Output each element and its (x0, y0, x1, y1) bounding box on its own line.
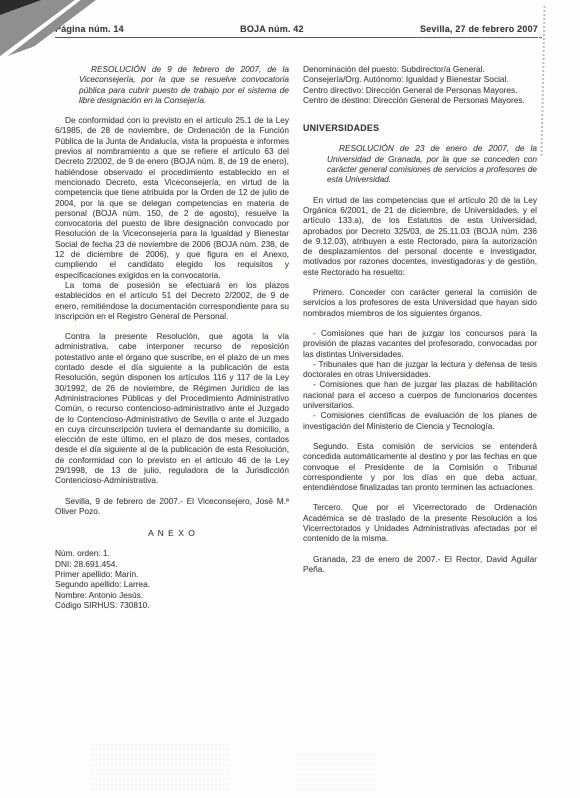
annex-heading: A N E X O (55, 528, 289, 538)
body-paragraph: Segundo. Esta comisión de servicios se e… (303, 441, 537, 492)
annex-line: Nombre: Antonio Jesús. (55, 590, 289, 600)
bulletin-number-label: BOJA núm. 42 (240, 24, 304, 34)
issue-date-label: Sevilla, 27 de febrero 2007 (420, 24, 538, 34)
left-column: RESOLUCIÓN de 9 de febrero de 2007, de l… (55, 64, 289, 610)
body-paragraph: Tercero. Que por el Vicerrectorado de Or… (303, 502, 537, 543)
page-number-label: Página núm. 14 (55, 24, 124, 34)
annex-line: Primer apellido: Marín. (55, 569, 289, 579)
annex-line: Segundo apellido: Larrea. (55, 579, 289, 589)
scan-noise-patch (295, 752, 375, 794)
post-detail-line: Centro directivo: Dirección General de P… (303, 85, 537, 95)
scan-noise-patch (90, 742, 230, 792)
bullet-item: - Comisiones científicas de evaluación d… (303, 410, 537, 431)
post-detail-line: Denominación del puesto: Subdirector/a G… (303, 64, 537, 74)
signature-line: Granada, 23 de enero de 2007.- El Rector… (303, 554, 537, 575)
annex-line: Núm. orden: 1. (55, 548, 289, 558)
body-paragraph: Contra la presente Resolución, que agota… (55, 331, 289, 485)
post-detail-line: Consejería/Org. Autónomo: Igualdad y Bie… (303, 74, 537, 84)
body-paragraph: En virtud de las competencias que el art… (303, 195, 537, 277)
two-column-body: RESOLUCIÓN de 9 de febrero de 2007, de l… (55, 64, 538, 610)
journal-header: Página núm. 14 BOJA núm. 42 Sevilla, 27 … (55, 24, 538, 38)
section-heading-universidades: UNIVERSIDADES (303, 123, 537, 133)
right-column: Denominación del puesto: Subdirector/a G… (303, 64, 537, 610)
annex-line: Código SIRHUS: 730810. (55, 600, 289, 610)
bullet-item: - Tribunales que han de juzgar la lectur… (303, 359, 537, 380)
resolution-title: RESOLUCIÓN de 23 de enero de 2007, de la… (327, 143, 537, 184)
bullet-item: - Comisiones que han de juzgar las plaza… (303, 379, 537, 410)
signature-line: Sevilla, 9 de febrero de 2007.- El Vicec… (55, 496, 289, 517)
body-paragraph: Primero. Conceder con carácter general l… (303, 287, 537, 318)
body-paragraph: La toma de posesión se efectuará en los … (55, 280, 289, 321)
post-detail-line: Centro de destino: Dirección General de … (303, 95, 537, 105)
annex-line: DNI: 28.691.454. (55, 559, 289, 569)
scan-edge-artifact (540, 6, 546, 156)
bullet-item: - Comisiones que han de juzgar los concu… (303, 328, 537, 359)
scanned-bulletin-page: Página núm. 14 BOJA núm. 42 Sevilla, 27 … (0, 0, 580, 798)
resolution-title: RESOLUCIÓN de 9 de febrero de 2007, de l… (79, 64, 289, 105)
body-paragraph: De conformidad con lo previsto en el art… (55, 115, 289, 280)
